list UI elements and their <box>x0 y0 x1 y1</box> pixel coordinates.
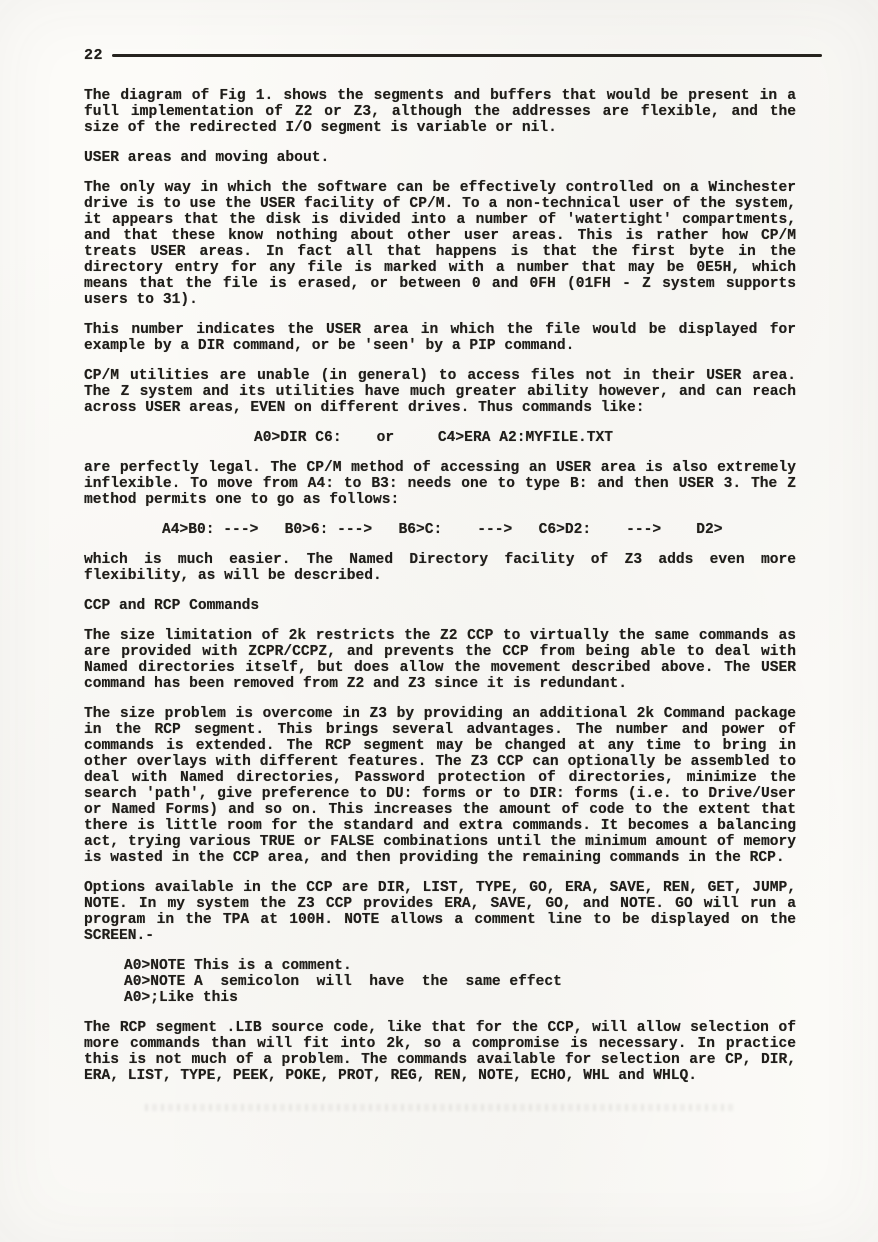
paragraph-size-limitation: The size limitation of 2k restricts the … <box>84 628 796 692</box>
code-example-note: A0>NOTE This is a comment. A0>NOTE A sem… <box>84 958 796 1006</box>
paragraph-fig1-intro: The diagram of Fig 1. shows the segments… <box>84 88 796 136</box>
paragraph-winchester-user: The only way in which the software can b… <box>84 180 796 308</box>
paragraph-named-directory: which is much easier. The Named Director… <box>84 552 796 584</box>
paragraph-user-area-number: This number indicates the USER area in w… <box>84 322 796 354</box>
page-number: 22 <box>84 48 103 63</box>
paragraph-ccp-options: Options available in the CCP are DIR, LI… <box>84 880 796 944</box>
paragraph-rcp-lib-source: The RCP segment .LIB source code, like t… <box>84 1020 796 1084</box>
code-note-line-1: A0>NOTE This is a comment. <box>84 958 796 974</box>
scan-showthrough-artifact <box>145 1104 737 1111</box>
code-example-user-moves: A4>B0: ---> B0>6: ---> B6>C: ---> C6>D2:… <box>84 522 796 538</box>
paragraph-cpm-utilities: CP/M utilities are unable (in general) t… <box>84 368 796 416</box>
paragraph-size-problem-rcp: The size problem is overcome in Z3 by pr… <box>84 706 796 866</box>
page-header: 22 <box>84 48 822 63</box>
code-example-dir-era: A0>DIR C6: or C4>ERA A2:MYFILE.TXT <box>84 430 796 446</box>
heading-ccp-rcp-commands: CCP and RCP Commands <box>84 598 796 614</box>
heading-user-areas: USER areas and moving about. <box>84 150 796 166</box>
scanned-document-page: 22 The diagram of Fig 1. shows the segme… <box>0 0 878 1242</box>
header-rule <box>112 54 822 58</box>
paragraph-perfectly-legal: are perfectly legal. The CP/M method of … <box>84 460 796 508</box>
document-body: The diagram of Fig 1. shows the segments… <box>84 88 796 1098</box>
code-note-line-2: A0>NOTE A semicolon will have the same e… <box>84 974 796 990</box>
code-note-line-3: A0>;Like this <box>84 990 796 1006</box>
